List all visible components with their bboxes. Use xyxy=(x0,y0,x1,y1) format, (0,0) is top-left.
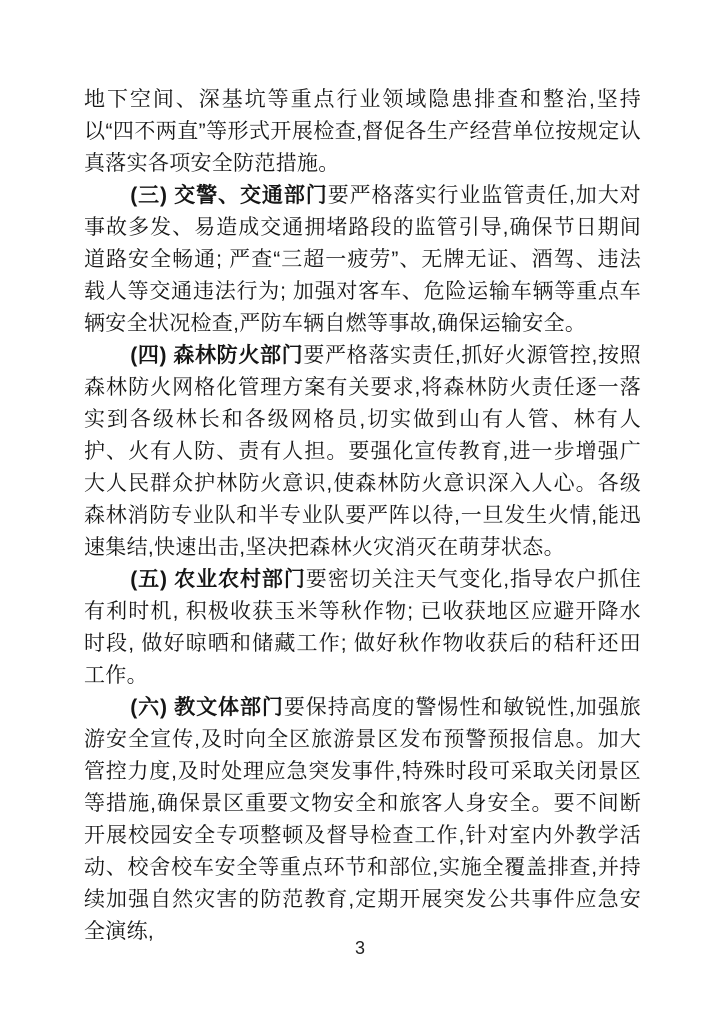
paragraph-head: (四) 森林防火部门 xyxy=(130,344,303,367)
page-number: 3 xyxy=(0,938,720,959)
paragraph-head: (六) 教文体部门 xyxy=(130,696,284,719)
paragraph-body: 地下空间、深基坑等重点行业领域隐患排查和整治,坚持以“四不两直”等形式开展检查,… xyxy=(84,88,641,175)
paragraph-agriculture: (五) 农业农村部门要密切关注天气变化,指导农户抓住有利时机, 积极收获玉米等秋… xyxy=(84,564,641,692)
paragraph-forest-fire: (四) 森林防火部门要严格落实责任,抓好火源管控,按照森林防火网格化管理方案有关… xyxy=(84,340,641,564)
paragraph-body: 要保持高度的警惕性和敏锐性,加强旅游安全宣传,及时向全区旅游景区发布预警预报信息… xyxy=(84,696,641,943)
document-page: 地下空间、深基坑等重点行业领域隐患排查和整治,坚持以“四不两直”等形式开展检查,… xyxy=(0,0,720,1018)
paragraph-head: (五) 农业农村部门 xyxy=(130,568,306,591)
paragraph-body: 要严格落实责任,抓好火源管控,按照森林防火网格化管理方案有关要求,将森林防火责任… xyxy=(84,344,641,559)
paragraph-education: (六) 教文体部门要保持高度的警惕性和敏锐性,加强旅游安全宣传,及时向全区旅游景… xyxy=(84,692,641,948)
document-body: 地下空间、深基坑等重点行业领域隐患排查和整治,坚持以“四不两直”等形式开展检查,… xyxy=(84,84,641,948)
paragraph-head: (三) 交警、交通部门 xyxy=(130,184,328,207)
paragraph-traffic: (三) 交警、交通部门要严格落实行业监管责任,加大对事故多发、易造成交通拥堵路段… xyxy=(84,180,641,340)
paragraph-continuation: 地下空间、深基坑等重点行业领域隐患排查和整治,坚持以“四不两直”等形式开展检查,… xyxy=(84,84,641,180)
